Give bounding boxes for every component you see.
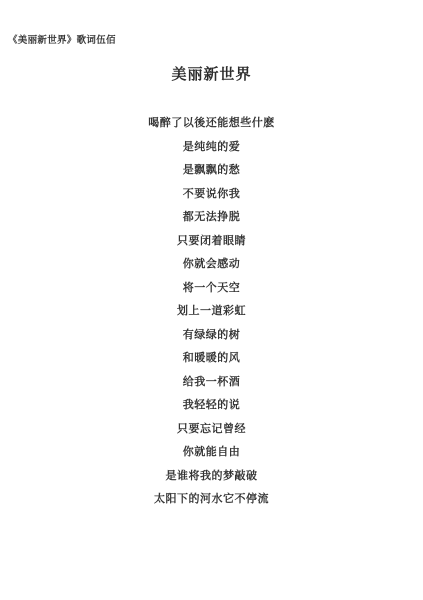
lyric-line: 不要说你我 <box>0 183 423 207</box>
lyric-line: 我轻轻的说 <box>0 394 423 418</box>
lyric-line: 只要闭着眼睛 <box>0 230 423 254</box>
lyric-line: 是谁将我的梦敲破 <box>0 465 423 489</box>
lyric-line: 有绿绿的树 <box>0 324 423 348</box>
lyric-line: 将一个天空 <box>0 277 423 301</box>
lyric-line: 喝醉了以後还能想些什麽 <box>0 112 423 136</box>
document-header: 《美丽新世界》歌词伍佰 <box>8 32 116 46</box>
page-title: 美丽新世界 <box>0 63 423 84</box>
lyric-line: 划上一道彩虹 <box>0 300 423 324</box>
lyric-line: 和暖暖的风 <box>0 347 423 371</box>
lyric-line: 是飘飘的愁 <box>0 159 423 183</box>
lyric-line: 你就会感动 <box>0 253 423 277</box>
lyric-line: 给我一杯酒 <box>0 371 423 395</box>
lyrics-page: 《美丽新世界》歌词伍佰 美丽新世界 喝醉了以後还能想些什麽是纯纯的爱是飘飘的愁不… <box>0 0 423 600</box>
lyrics-list: 喝醉了以後还能想些什麽是纯纯的爱是飘飘的愁不要说你我都无法挣脱只要闭着眼睛你就会… <box>0 112 423 512</box>
lyric-line: 你就能自由 <box>0 441 423 465</box>
lyric-line: 太阳下的河水它不停流 <box>0 488 423 512</box>
lyric-line: 都无法挣脱 <box>0 206 423 230</box>
lyric-line: 只要忘记曾经 <box>0 418 423 442</box>
lyric-line: 是纯纯的爱 <box>0 136 423 160</box>
